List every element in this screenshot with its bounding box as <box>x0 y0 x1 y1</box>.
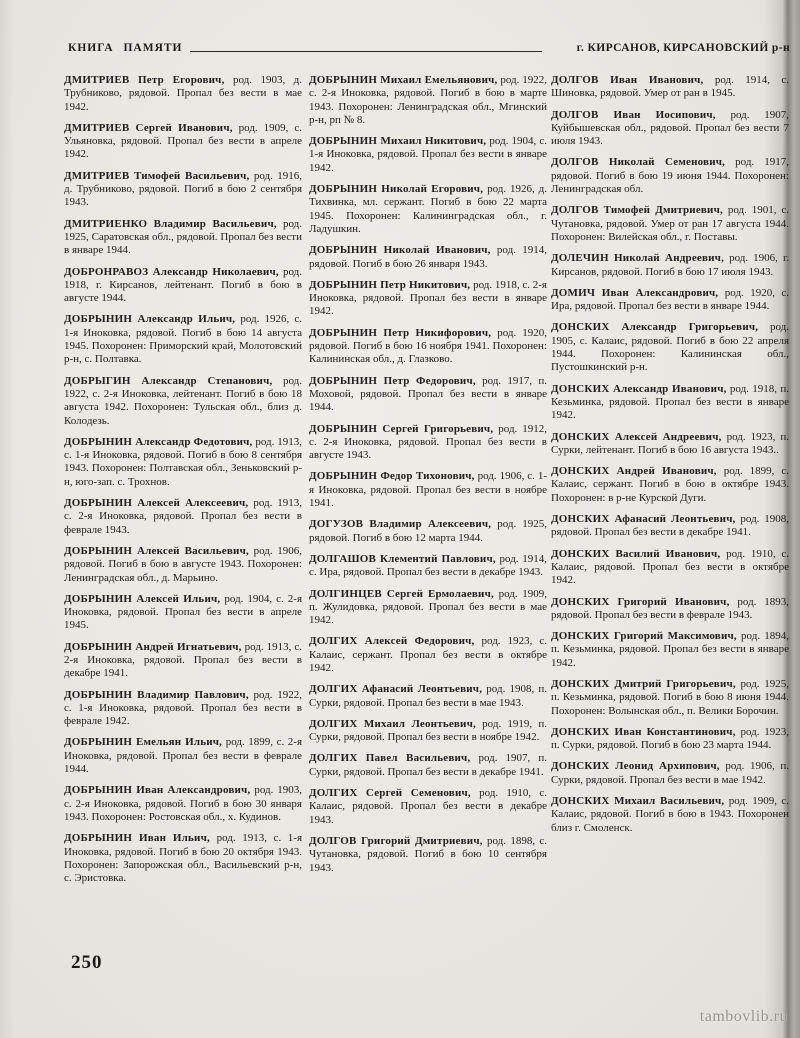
memorial-entry: ДОНСКИХ Андрей Иванович, род. 1899, с. К… <box>551 465 789 505</box>
memorial-entry: ДОБРЫГИН Александр Степанович, род. 1922… <box>64 375 302 428</box>
memorial-entry: ДОЛГОВ Григорий Дмитриевич, род. 1898, с… <box>309 835 547 875</box>
entry-person-name: ДОЛГИНЦЕВ Сергей Ермолаевич, <box>309 588 494 600</box>
entry-person-name: ДОБРЫНИН Федор Тихонович, <box>309 470 475 482</box>
entry-person-name: ДОЛГИХ Сергей Семенович, <box>309 787 471 799</box>
memorial-entry: ДОЛГОВ Иван Иванович, род. 1914, с. Шино… <box>551 74 789 101</box>
entry-person-name: ДОМИЧ Иван Александрович, <box>551 287 718 299</box>
memorial-entry: ДОЛГИХ Афанасий Леонтьевич, род. 1908, п… <box>309 683 547 710</box>
memorial-entry: ДОЛГИХ Алексей Федорович, род. 1923, с. … <box>309 635 547 675</box>
entry-person-name: ДОНСКИХ Иван Константинович, <box>551 726 736 738</box>
entry-person-name: ДОБРЫНИН Александр Ильич, <box>64 313 235 325</box>
entry-person-name: ДОБРЫНИН Петр Никифорович, <box>309 327 491 339</box>
column-1: ДМИТРИЕВ Петр Егорович, род. 1903, д. Тр… <box>64 74 302 952</box>
header-rule <box>190 51 542 52</box>
memorial-entry: ДОБРЫНИН Михаил Никитович, род. 1904, с.… <box>309 135 547 175</box>
entry-person-name: ДОНСКИХ Василий Иванович, <box>551 548 720 560</box>
memorial-entry: ДОБРЫНИН Алексей Алексеевич, род. 1913, … <box>64 497 302 537</box>
entry-person-name: ДОЛГОВ Николай Семенович, <box>551 156 725 168</box>
entry-person-name: ДОНСКИХ Леонид Архипович, <box>551 760 720 772</box>
memorial-entry: ДОБРЫНИН Алексей Васильевич, род. 1906, … <box>64 545 302 585</box>
entry-person-name: ДОНСКИХ Дмитрий Григорьевич, <box>551 678 736 690</box>
entry-person-name: ДОНСКИХ Афанасий Леонтьевич, <box>551 513 736 525</box>
column-3: ДОЛГОВ Иван Иванович, род. 1914, с. Шино… <box>551 74 789 952</box>
memorial-entry: ДОБРЫНИН Сергей Григорьевич, род. 1912, … <box>309 423 547 463</box>
memorial-entry: ДОЛГОВ Иван Иосипович, род. 1907, Куйбыш… <box>551 109 789 149</box>
memorial-entry: ДОНСКИХ Александр Григорьевич, род. 1905… <box>551 321 789 374</box>
entry-person-name: ДОНСКИХ Андрей Иванович, <box>551 465 717 477</box>
memorial-entry: ДОНСКИХ Алексей Андреевич, род. 1923, п.… <box>551 431 789 458</box>
entry-person-name: ДОБРЫГИН Александр Степанович, <box>64 375 272 387</box>
entry-person-name: ДОБРЫНИН Михаил Никитович, <box>309 135 486 147</box>
entry-person-name: ДОНСКИХ Григорий Иванович, <box>551 596 730 608</box>
memorial-entry: ДОБРЫНИН Андрей Игнатьевич, род. 1913, с… <box>64 641 302 681</box>
entry-person-name: ДОБРЫНИН Владимир Павлович, <box>64 689 249 701</box>
memorial-entry: ДОБРЫНИН Михаил Емельянович, род. 1922, … <box>309 74 547 127</box>
memorial-entry: ДМИТРИЕВ Сергей Иванович, род. 1909, с. … <box>64 122 302 162</box>
entry-person-name: ДОЛГИХ Михаил Леонтьевич, <box>309 718 476 730</box>
entry-person-name: ДОНСКИХ Григорий Максимович, <box>551 630 737 642</box>
memorial-entry: ДОБРЫНИН Александр Ильич, род. 1926, с. … <box>64 313 302 366</box>
memorial-book-page: КНИГА ПАМЯТИ г. КИРСАНОВ, КИРСАНОВСКИЙ р… <box>0 0 800 1038</box>
memorial-entry: ДОБРЫНИН Николай Иванович, род. 1914, ря… <box>309 244 547 271</box>
memorial-entry: ДОБРЫНИН Иван Александрович, род. 1903, … <box>64 784 302 824</box>
memorial-entry: ДОБРЫНИН Алексей Ильич, род. 1904, с. 2-… <box>64 593 302 633</box>
memorial-entry: ДОЛГИХ Павел Васильевич, род. 1907, п. С… <box>309 752 547 779</box>
entry-person-name: ДОБРЫНИН Петр Никитович, <box>309 279 470 291</box>
entry-person-name: ДОЛГОВ Иван Иосипович, <box>551 109 716 121</box>
entry-person-name: ДОЛГИХ Павел Васильевич, <box>309 752 470 764</box>
entry-person-name: ДМИТРИЕВ Сергей Иванович, <box>64 122 233 134</box>
entry-person-name: ДОБРЫНИН Иван Александрович, <box>64 784 250 796</box>
entry-person-name: ДОНСКИХ Михаил Васильевич, <box>551 795 724 807</box>
memorial-entry: ДОНСКИХ Василий Иванович, род. 1910, с. … <box>551 548 789 588</box>
entry-person-name: ДОЛГИХ Алексей Федорович, <box>309 635 474 647</box>
district-title: г. КИРСАНОВ, КИРСАНОВСКИЙ р-н <box>577 42 790 54</box>
memorial-entry: ДОГУЗОВ Владимир Алексеевич, род. 1925, … <box>309 518 547 545</box>
memorial-entry: ДОЛГАШОВ Клементий Павлович, род. 1914, … <box>309 553 547 580</box>
memorial-columns: ДМИТРИЕВ Петр Егорович, род. 1903, д. Тр… <box>0 74 800 952</box>
entry-person-name: ДОБРЫНИН Александр Федотович, <box>64 436 253 448</box>
memorial-entry: ДОБРЫНИН Петр Никифорович, род. 1920, ря… <box>309 327 547 367</box>
column-2: ДОБРЫНИН Михаил Емельянович, род. 1922, … <box>309 74 547 952</box>
memorial-entry: ДОБРЫНИН Александр Федотович, род. 1913,… <box>64 436 302 489</box>
entry-person-name: ДОБРЫНИН Алексей Васильевич, <box>64 545 249 557</box>
memorial-entry: ДМИТРИЕВ Тимофей Васильевич, род. 1916, … <box>64 170 302 210</box>
memorial-entry: ДОБРЫНИН Емельян Ильич, род. 1899, с. 2-… <box>64 736 302 776</box>
memorial-entry: ДОБРЫНИН Петр Федорович, род. 1917, п. М… <box>309 375 547 415</box>
memorial-entry: ДОЛГИНЦЕВ Сергей Ермолаевич, род. 1909, … <box>309 588 547 628</box>
entry-person-name: ДОБРЫНИН Алексей Алексеевич, <box>64 497 248 509</box>
memorial-entry: ДОНСКИХ Афанасий Леонтьевич, род. 1908, … <box>551 513 789 540</box>
entry-person-name: ДОБРЫНИН Емельян Ильич, <box>64 736 222 748</box>
memorial-entry: ДОНСКИХ Григорий Иванович, род. 1893, ря… <box>551 596 789 623</box>
memorial-entry: ДОНСКИХ Иван Константинович, род. 1923, … <box>551 726 789 753</box>
entry-person-name: ДОЛГИХ Афанасий Леонтьевич, <box>309 683 482 695</box>
entry-person-name: ДОЛГОВ Иван Иванович, <box>551 74 703 86</box>
entry-person-name: ДОБРЫНИН Иван Ильич, <box>64 832 210 844</box>
library-watermark: tambovlib.ru <box>700 1008 788 1026</box>
entry-person-name: ДОНСКИХ Алексей Андреевич, <box>551 431 722 443</box>
memorial-entry: ДОЛГИХ Михаил Леонтьевич, род. 1919, п. … <box>309 718 547 745</box>
entry-person-name: ДОБРЫНИН Андрей Игнатьевич, <box>64 641 242 653</box>
memorial-entry: ДОБРЫНИН Петр Никитович, род. 1918, с. 2… <box>309 279 547 319</box>
entry-person-name: ДМИТРИЕВ Петр Егорович, <box>64 74 225 86</box>
entry-person-name: ДОБРЫНИН Алексей Ильич, <box>64 593 220 605</box>
entry-person-name: ДОНСКИХ Александр Григорьевич, <box>551 321 758 333</box>
memorial-entry: ДОНСКИХ Александр Иванович, род. 1918, п… <box>551 383 789 423</box>
memorial-entry: ДОБРОНРАВОЗ Александр Николаевич, род. 1… <box>64 266 302 306</box>
memorial-entry: ДМИТРИЕВ Петр Егорович, род. 1903, д. Тр… <box>64 74 302 114</box>
entry-person-name: ДОГУЗОВ Владимир Алексеевич, <box>309 518 491 530</box>
memorial-entry: ДОЛГИХ Сергей Семенович, род. 1910, с. К… <box>309 787 547 827</box>
entry-person-name: ДОБРЫНИН Николай Егорович, <box>309 183 483 195</box>
page-header: КНИГА ПАМЯТИ г. КИРСАНОВ, КИРСАНОВСКИЙ р… <box>0 42 800 58</box>
memorial-entry: ДОЛЕЧИН Николай Андреевич, род. 1906, г.… <box>551 252 789 279</box>
memorial-entry: ДОБРЫНИН Федор Тихонович, род. 1906, с. … <box>309 470 547 510</box>
entry-person-name: ДОБРЫНИН Сергей Григорьевич, <box>309 423 493 435</box>
entry-person-name: ДОБРЫНИН Николай Иванович, <box>309 244 491 256</box>
memorial-entry: ДОБРЫНИН Николай Егорович, род. 1926, д.… <box>309 183 547 236</box>
entry-person-name: ДМИТРИЕВ Тимофей Васильевич, <box>64 170 249 182</box>
entry-person-name: ДОЛГОВ Тимофей Дмитриевич, <box>551 204 723 216</box>
memorial-entry: ДМИТРИЕНКО Владимир Васильевич, род. 192… <box>64 218 302 258</box>
memorial-entry: ДОНСКИХ Леонид Архипович, род. 1906, п. … <box>551 760 789 787</box>
entry-person-name: ДОНСКИХ Александр Иванович, <box>551 383 727 395</box>
memorial-entry: ДОНСКИХ Григорий Максимович, род. 1894, … <box>551 630 789 670</box>
memorial-entry: ДОЛГОВ Тимофей Дмитриевич, род. 1901, с.… <box>551 204 789 244</box>
entry-person-name: ДМИТРИЕНКО Владимир Васильевич, <box>64 218 277 230</box>
memorial-entry: ДОБРЫНИН Иван Ильич, род. 1913, с. 1-я И… <box>64 832 302 885</box>
entry-person-name: ДОБРЫНИН Петр Федорович, <box>309 375 476 387</box>
page-number: 250 <box>71 952 103 974</box>
entry-person-name: ДОБРОНРАВОЗ Александр Николаевич, <box>64 266 279 278</box>
memorial-entry: ДОЛГОВ Николай Семенович, род. 1917, ряд… <box>551 156 789 196</box>
entry-person-name: ДОЛГАШОВ Клементий Павлович, <box>309 553 496 565</box>
entry-person-name: ДОЛГОВ Григорий Дмитриевич, <box>309 835 483 847</box>
entry-person-name: ДОЛЕЧИН Николай Андреевич, <box>551 252 724 264</box>
memorial-entry: ДОМИЧ Иван Александрович, род. 1920, с. … <box>551 287 789 314</box>
entry-person-name: ДОБРЫНИН Михаил Емельянович, <box>309 74 497 86</box>
memorial-entry: ДОБРЫНИН Владимир Павлович, род. 1922, с… <box>64 689 302 729</box>
memorial-entry: ДОНСКИХ Михаил Васильевич, род. 1909, с.… <box>551 795 789 835</box>
memorial-entry: ДОНСКИХ Дмитрий Григорьевич, род. 1925, … <box>551 678 789 718</box>
book-title: КНИГА ПАМЯТИ <box>68 42 183 54</box>
